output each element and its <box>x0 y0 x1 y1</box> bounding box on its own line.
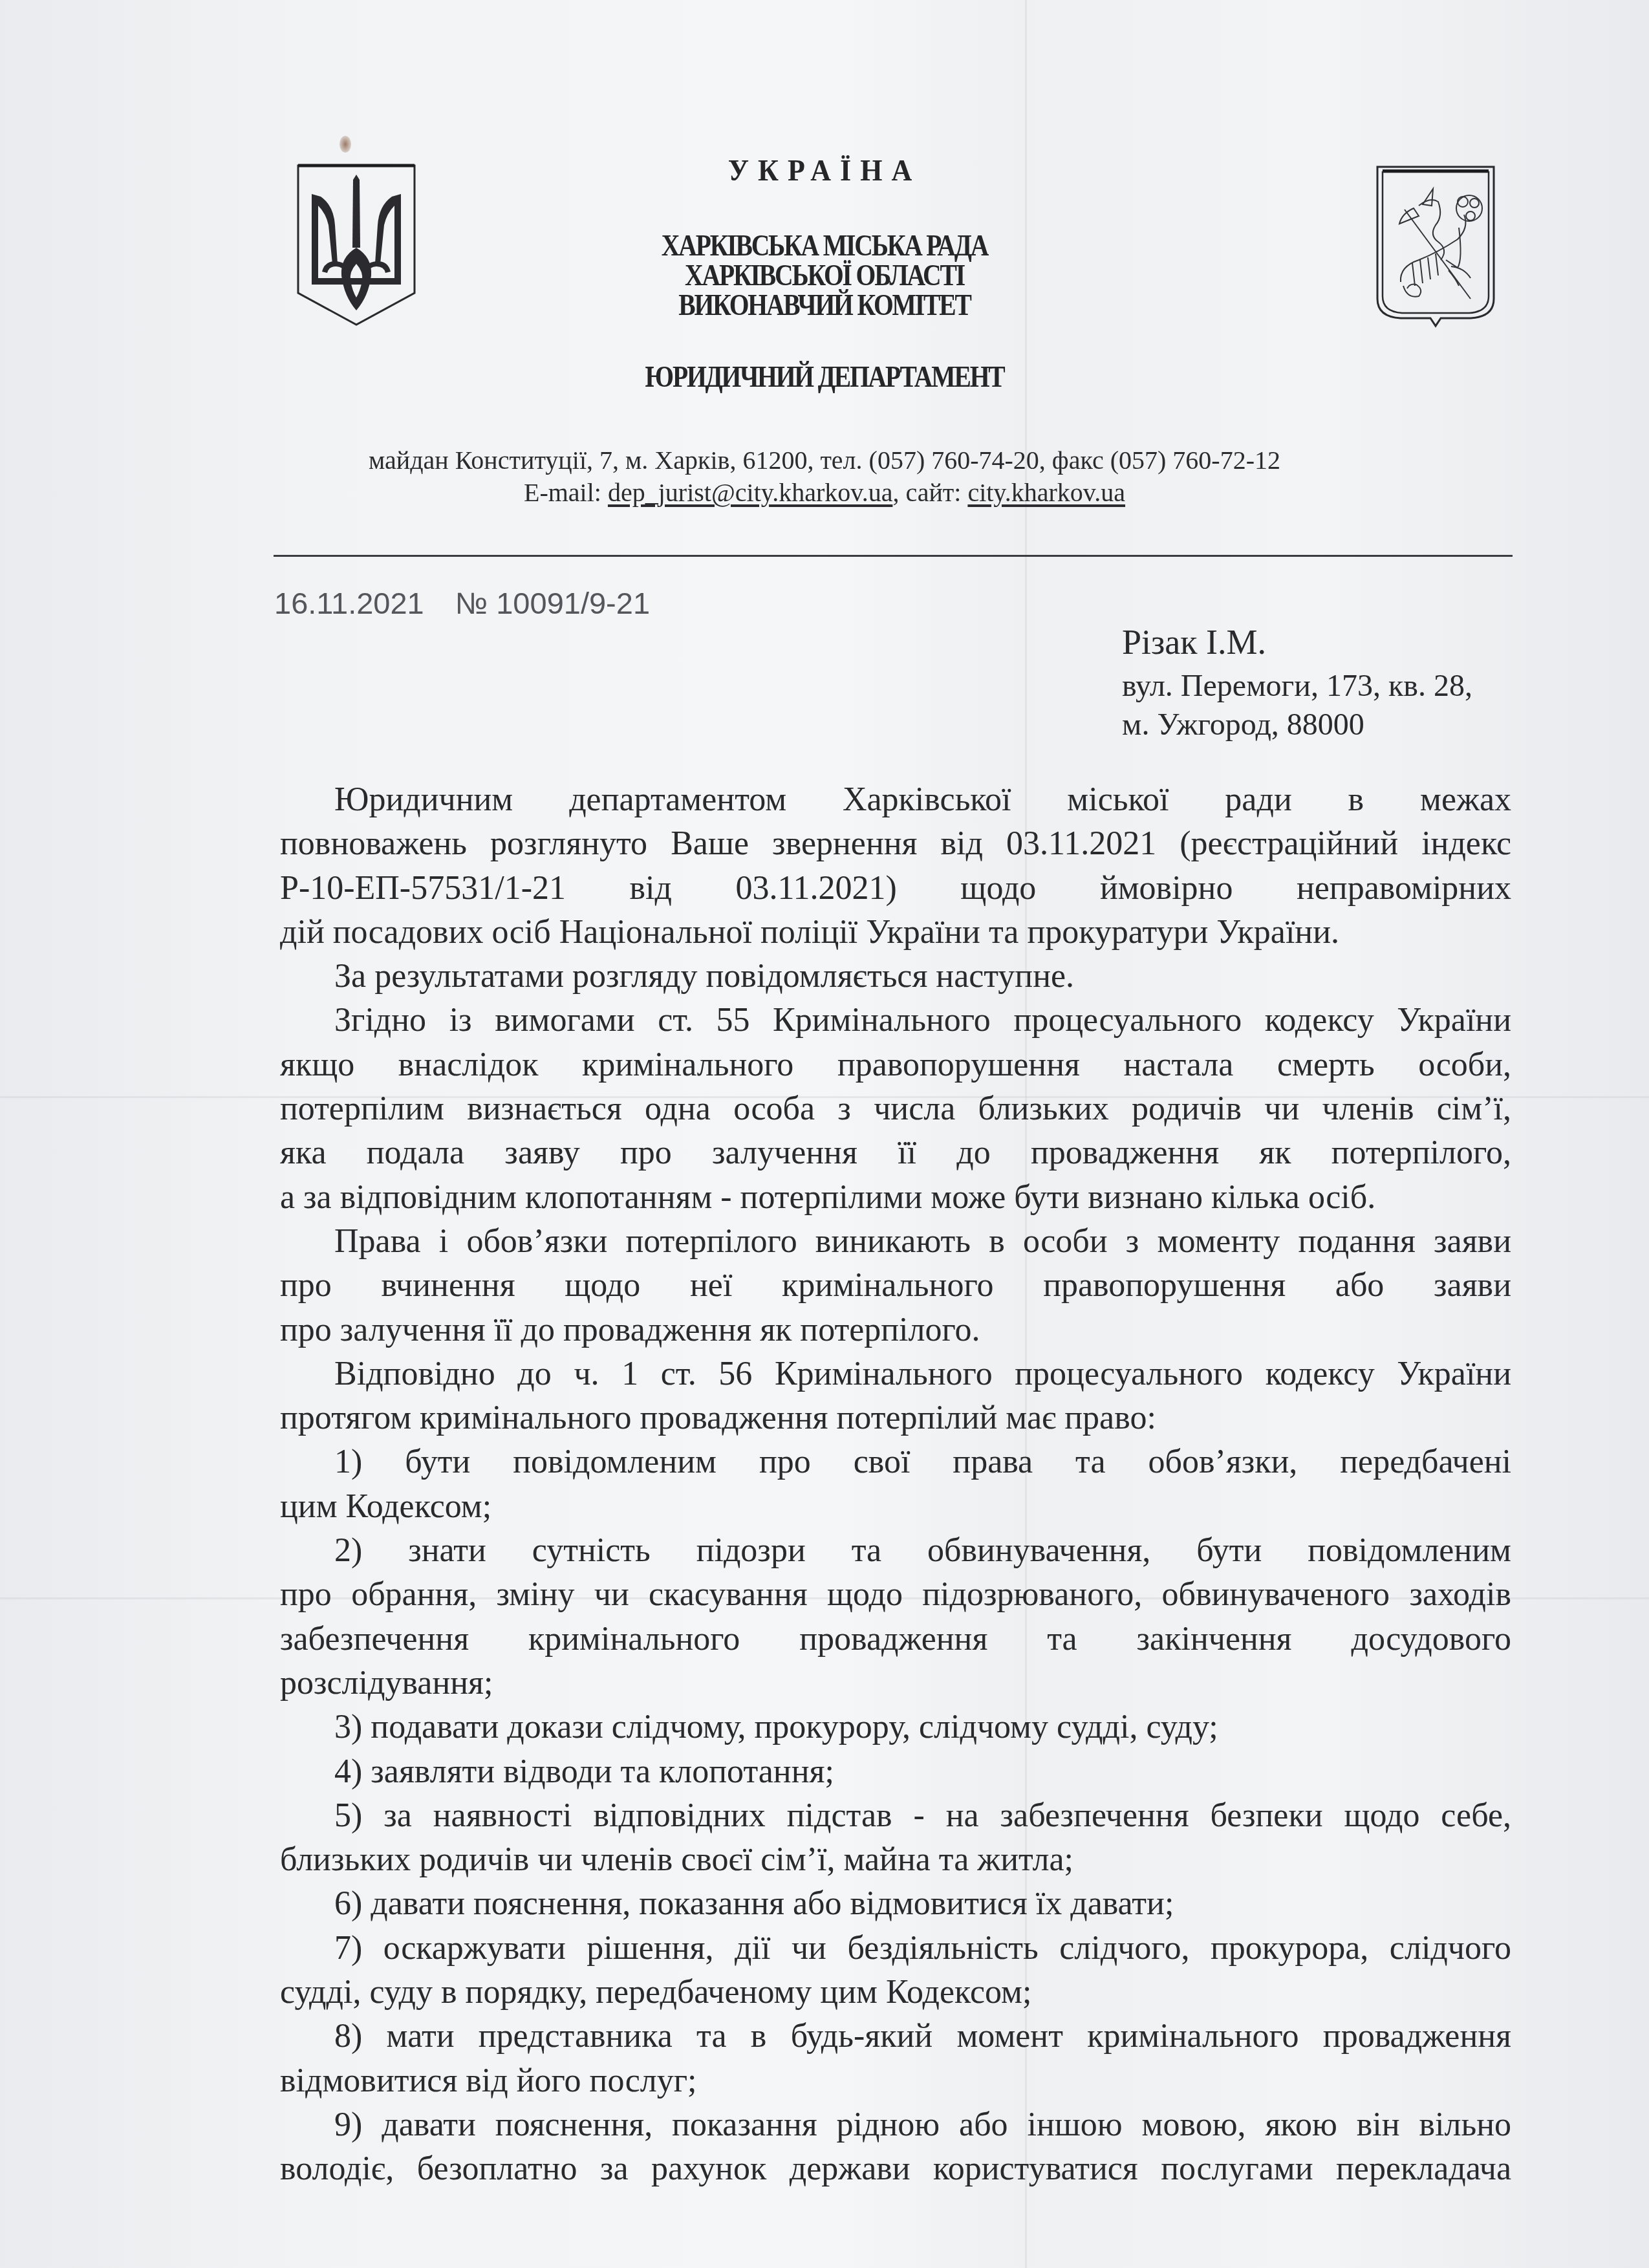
body-text-line: про залучення її до провадження як потер… <box>280 1308 1511 1352</box>
body-text-line: судді, суду в порядку, передбаченому цим… <box>280 1971 1511 2014</box>
body-text-line: володіє, безоплатно за рахунок держави к… <box>280 2147 1511 2191</box>
body-text-line: а за відповідним клопотанням - потерпіли… <box>280 1176 1511 1220</box>
body-text-line: протягом кримінального провадження потер… <box>280 1396 1511 1440</box>
body-text-line: Права і обов’язки потерпілого виникають … <box>280 1220 1511 1264</box>
body-text-line: яка подала заяву про залучення її до про… <box>280 1131 1511 1175</box>
body-text-line: якщо внаслідок кримінального правопоруше… <box>280 1043 1511 1087</box>
body-text-line: дій посадових осіб Національної поліції … <box>280 911 1511 955</box>
body-text-line: забезпечення кримінального провадження т… <box>280 1617 1511 1661</box>
body-text-line: відмовитися від його послуг; <box>280 2059 1511 2103</box>
body-text-line: За результатами розгляду повідомляється … <box>280 955 1511 999</box>
recipient-address-line-2: м. Ужгород, 88000 <box>1122 707 1364 742</box>
body-text-line: 2) знати сутність підозри та обвинувачен… <box>280 1529 1511 1573</box>
email-label: E-mail: <box>524 478 608 507</box>
paper-stain <box>339 136 351 153</box>
outgoing-date: 16.11.2021 <box>274 586 424 620</box>
letterhead-divider <box>274 555 1513 557</box>
outgoing-number: № 10091/9-21 <box>455 586 650 620</box>
body-text-line: Р-10-ЕП-57531/1-21 від 03.11.2021) щодо … <box>280 867 1511 911</box>
letterhead-contacts: E-mail: dep_jurist@city.kharkov.ua, сайт… <box>0 477 1649 508</box>
body-text-line: 7) оскаржувати рішення, дії чи бездіяльн… <box>280 1927 1511 1971</box>
outgoing-reference: 16.11.2021№ 10091/9-21 <box>274 585 650 621</box>
body-text-line: 1) бути повідомленим про свої права та о… <box>280 1440 1511 1484</box>
letterhead-org-line-3: ВИКОНАВЧИЙ КОМІТЕТ <box>116 290 1534 321</box>
body-text-line: повноважень розглянуто Ваше звернення ві… <box>280 822 1511 866</box>
body-text-line: Відповідно до ч. 1 ст. 56 Кримінального … <box>280 1352 1511 1396</box>
body-text-line: розслідування; <box>280 1661 1511 1705</box>
letterhead-address: майдан Конституції, 7, м. Харків, 61200,… <box>0 445 1649 475</box>
body-text-line: 9) давати пояснення, показання рідною аб… <box>280 2103 1511 2147</box>
letterhead-org-line-1: ХАРКІВСЬКА МІСЬКА РАДА <box>116 230 1534 261</box>
body-text-line: цим Кодексом; <box>280 1485 1511 1529</box>
body-text-line: 4) заявляти відводи та клопотання; <box>280 1750 1511 1794</box>
body-text-line: близьких родичів чи членів своєї сім’ї, … <box>280 1838 1511 1882</box>
body-text-line: про обрання, зміну чи скасування щодо пі… <box>280 1573 1511 1617</box>
letter-body: Юридичним департаментом Харківської місь… <box>280 778 1511 2192</box>
recipient-address-line-1: вул. Перемоги, 173, кв. 28, <box>1122 668 1472 704</box>
body-text-line: Юридичним департаментом Харківської місь… <box>280 778 1511 822</box>
body-text-line: потерпілим визнається одна особа з числа… <box>280 1087 1511 1131</box>
body-text-line: Згідно із вимогами ст. 55 Кримінального … <box>280 999 1511 1042</box>
letterhead-org-line-2: ХАРКІВСЬКОЇ ОБЛАСТІ <box>116 260 1534 291</box>
body-text-line: про вчинення щодо неї кримінального прав… <box>280 1264 1511 1308</box>
letterhead-country: УКРАЇНА <box>0 153 1649 188</box>
document-page: УКРАЇНА ХАРКІВСЬКА МІСЬКА РАДА ХАРКІВСЬК… <box>0 0 1649 2268</box>
body-text-line: 6) давати пояснення, показання або відмо… <box>280 1882 1511 1926</box>
recipient-name: Різак І.М. <box>1122 622 1266 662</box>
letterhead-department: ЮРИДИЧНИЙ ДЕПАРТАМЕНТ <box>116 360 1534 394</box>
website-link[interactable]: city.kharkov.ua <box>967 478 1125 507</box>
body-text-line: 8) мати представника та в будь-який моме… <box>280 2014 1511 2058</box>
body-text-line: 3) подавати докази слідчому, прокурору, … <box>280 1705 1511 1749</box>
body-text-line: 5) за наявності відповідних підстав - на… <box>280 1794 1511 1838</box>
site-label: , сайт: <box>892 478 967 507</box>
email-link[interactable]: dep_jurist@city.kharkov.ua <box>608 478 892 507</box>
